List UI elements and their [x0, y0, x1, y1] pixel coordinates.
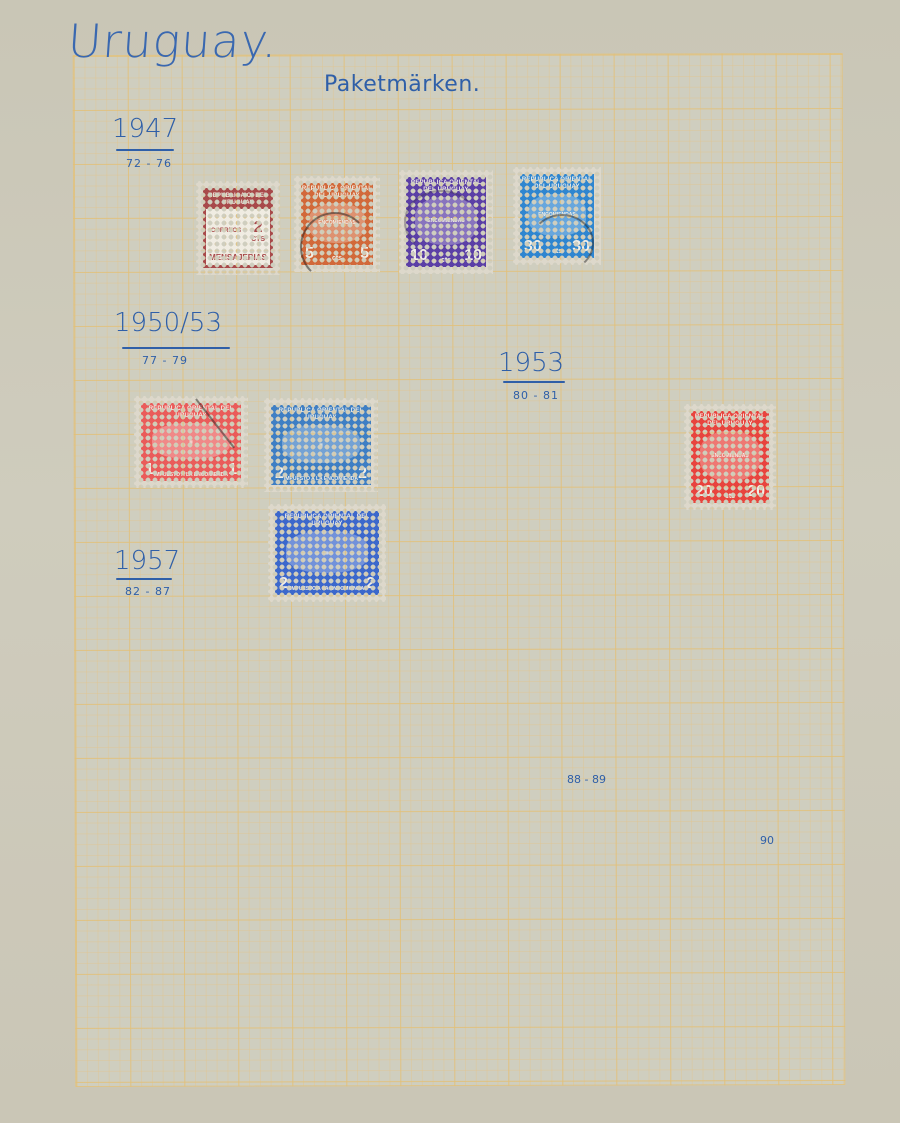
page-subtitle: Paketmärken.: [324, 72, 480, 97]
stamp-2-cts-mensajerias: REPUBLICA O. DEL URUGUAY CORREOS 2 CTS M…: [196, 181, 280, 275]
stamp-30-cts-encomiendas: REPUBLICA ORIENTAL DEL URUGUAY ENCOMIEND…: [513, 167, 601, 265]
stamp-2-impuesto-encomienda-1957: REPUBLICA ORIENTAL DEL URUGUAY ▦ 2IMPUES…: [268, 504, 386, 602]
year-underline: [503, 381, 565, 383]
catalog-range-1947: 72 - 76: [126, 157, 172, 170]
year-underline: [122, 347, 230, 349]
year-underline: [116, 578, 172, 580]
catalog-range-1953: 80 - 81: [513, 389, 559, 402]
catalog-note: 90: [760, 834, 774, 847]
section-year-1957: 1957: [114, 546, 180, 576]
stamp-5-cts-encomiendas: REPUBLICA ORIENTAL DEL URUGUAY ENCOMIEND…: [294, 176, 380, 272]
stamp-2-impuesto-encomienda: REPUBLICA ORIENTAL DEL URUGUAY ▦ 2IMPUES…: [264, 398, 378, 492]
catalog-note: 88 - 89: [567, 773, 606, 786]
stamp-10-cts-encomiendas: REPUBLICA ORIENTAL DEL URUGUAY ENCOMIEND…: [399, 170, 493, 274]
year-underline: [116, 149, 174, 151]
page-title: Uruguay.: [66, 14, 280, 68]
catalog-range-1957: 82 - 87: [125, 585, 171, 598]
section-year-1947: 1947: [112, 114, 178, 144]
section-year-1950-53: 1950/53: [114, 308, 222, 338]
stamp-20-cts-encomiendas: REPUBLICA ORIENTAL DEL URUGUAY ENCOMIEND…: [684, 404, 776, 510]
section-year-1953: 1953: [498, 348, 564, 378]
catalog-range-1950-53: 77 - 79: [142, 354, 188, 367]
